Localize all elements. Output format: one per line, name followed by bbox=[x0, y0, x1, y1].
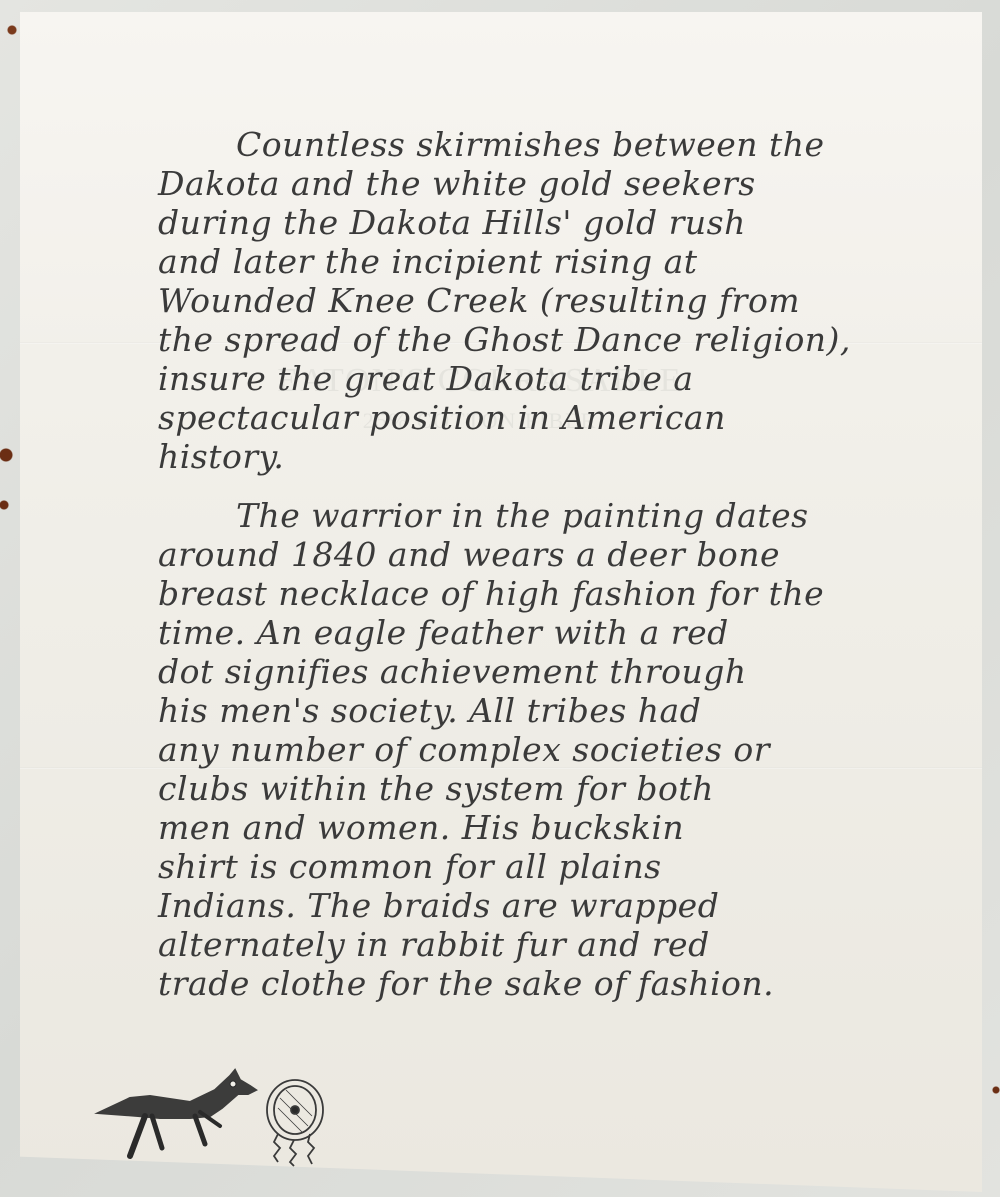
text-line: the spread of the Ghost Dance religion), bbox=[158, 320, 898, 359]
text-line: insure the great Dakota tribe a bbox=[158, 359, 898, 398]
text-line: spectacular position in American bbox=[158, 398, 898, 437]
text-line: Indians. The braids are wrapped bbox=[158, 886, 898, 925]
text-line: around 1840 and wears a deer bone bbox=[158, 535, 898, 574]
text-line: Dakota and the white gold seekers bbox=[158, 164, 898, 203]
text-line: men and women. His buckskin bbox=[158, 808, 898, 847]
text-line: Wounded Knee Creek (resulting from bbox=[158, 281, 898, 320]
text-line: history. bbox=[158, 437, 898, 476]
pencil-drawings bbox=[90, 1068, 350, 1173]
text-line: during the Dakota Hills' gold rush bbox=[158, 203, 898, 242]
handwritten-text: Countless skirmishes between the Dakota … bbox=[158, 125, 898, 1003]
text-line: alternately in rabbit fur and red bbox=[158, 925, 898, 964]
text-line: shirt is common for all plains bbox=[158, 847, 898, 886]
text-line: any number of complex societies or bbox=[158, 730, 898, 769]
paragraph-1: Countless skirmishes between the Dakota … bbox=[158, 125, 898, 476]
text-line: Countless skirmishes between the bbox=[158, 125, 898, 164]
text-line: clubs within the system for both bbox=[158, 769, 898, 808]
shield-sketch-icon bbox=[267, 1080, 323, 1166]
text-line: his men's society. All tribes had bbox=[158, 691, 898, 730]
text-line: dot signifies achievement through bbox=[158, 652, 898, 691]
paragraph-2: The warrior in the painting dates around… bbox=[158, 496, 898, 1003]
text-line: time. An eagle feather with a red bbox=[158, 613, 898, 652]
text-line: breast necklace of high fashion for the bbox=[158, 574, 898, 613]
text-line: and later the incipient rising at bbox=[158, 242, 898, 281]
horse-sketch-icon bbox=[98, 1070, 256, 1156]
text-line: trade clothe for the sake of fashion. bbox=[158, 964, 898, 1003]
text-line: The warrior in the painting dates bbox=[158, 496, 898, 535]
